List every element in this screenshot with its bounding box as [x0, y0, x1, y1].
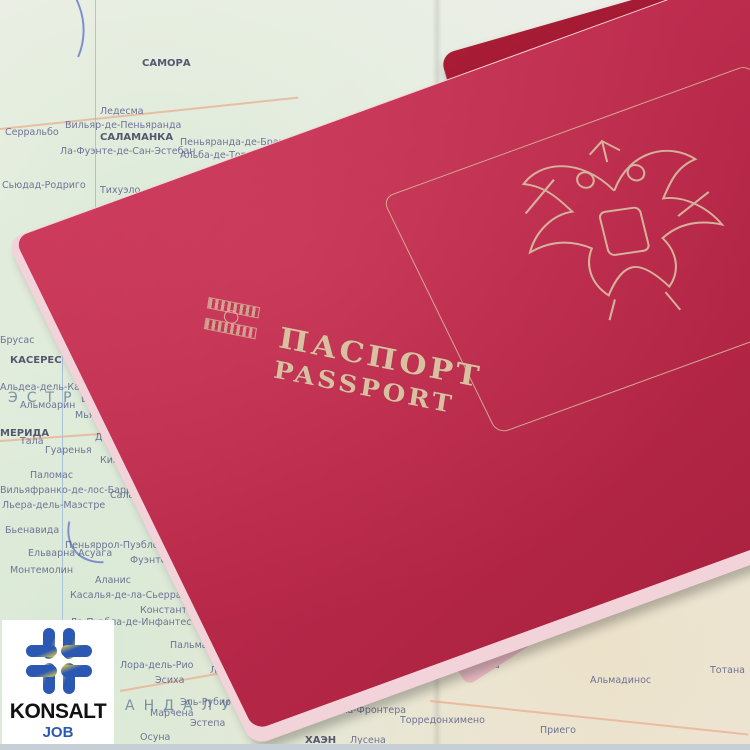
map-label: Вильяр-де-Пеньяранда	[65, 120, 181, 131]
map-label: Аланис	[95, 575, 131, 586]
map-label: Альмадинос	[590, 675, 651, 686]
map-label: Касалья-де-ла-Сьерра	[70, 590, 182, 601]
map-label: Осуна	[140, 732, 170, 743]
logo-subtitle: JOB	[2, 724, 114, 741]
map-label: Эсиха	[155, 675, 184, 686]
konsalt-job-logo: KONSALT JOB	[2, 620, 114, 748]
map-label: Паломас	[30, 470, 73, 481]
logo-cross-icon	[24, 626, 94, 696]
map-label: Ельварна Асуага	[28, 548, 112, 559]
map-label: Ледесма	[100, 106, 144, 117]
map-label: Эль-Рубио	[180, 697, 231, 708]
map-label: Марчена	[150, 708, 194, 719]
map-label: Бьенавида	[5, 525, 59, 536]
map-label: Брусас	[0, 335, 34, 346]
map-label: Ла-Фуэнте-де-Сан-Эстебан	[60, 146, 196, 157]
map-label: Лора-дель-Рио	[120, 660, 193, 671]
map-label: Сьюдад-Родриго	[2, 180, 86, 191]
photo-scene: САМОРАСАЛАМАНКАСьюдад-РодригоЛа-Фуэнте-д…	[0, 0, 750, 750]
map-label: Альмоарин	[20, 400, 75, 411]
map-river	[0, 0, 103, 111]
map-label: Серральбо	[5, 127, 59, 138]
map-label: Торредонхимено	[400, 715, 485, 726]
map-label: Гуаренья	[45, 445, 92, 456]
map-label: Приего	[540, 725, 576, 736]
map-label: Тотана	[710, 665, 745, 676]
map-label: МЕРИДА	[0, 428, 49, 439]
map-label: Монтемолин	[10, 565, 73, 576]
biometric-chip-icon	[204, 297, 258, 337]
double-headed-eagle-icon	[474, 115, 750, 343]
map-label: Льера-дель-Маэстре	[2, 500, 105, 511]
map-label: Эстепа	[190, 718, 225, 729]
bottom-strip	[0, 744, 750, 750]
logo-name: KONSALT	[2, 700, 114, 724]
map-label: КАСЕРЕС	[10, 355, 62, 366]
map-label: САМОРА	[142, 58, 191, 69]
map-label: САЛАМАНКА	[100, 132, 173, 143]
